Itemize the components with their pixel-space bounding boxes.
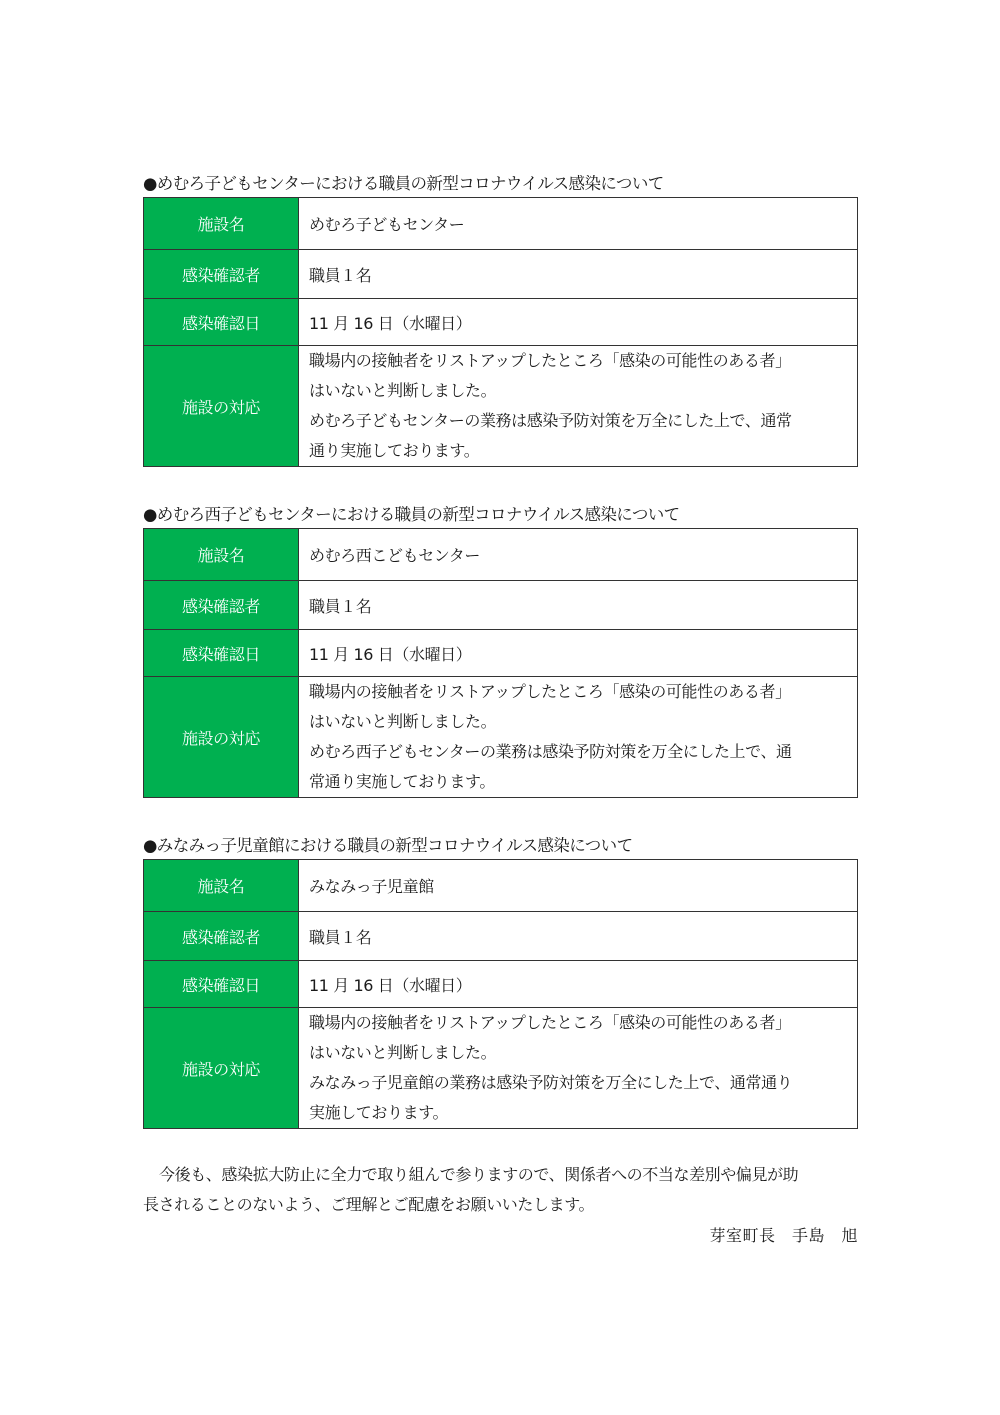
facility-name-value: みなみっ子児童館 xyxy=(299,860,858,912)
confirmed-date-label: 感染確認日 xyxy=(144,961,299,1008)
confirmed-person-label: 感染確認者 xyxy=(144,581,299,630)
closing-line: 長されることのないよう、ご理解とご配慮をお願いいたします。 xyxy=(143,1190,858,1220)
table-row: 感染確認日 11 月 16 日（水曜日） xyxy=(144,630,858,677)
response-line: めむろ子どもセンターの業務は感染予防対策を万全にした上で、通常 xyxy=(309,406,851,436)
table-row: 感染確認日 11 月 16 日（水曜日） xyxy=(144,961,858,1008)
response-line: 常通り実施しております。 xyxy=(309,767,851,797)
response-line: はいないと判断しました。 xyxy=(309,1038,851,1068)
facility-response-label: 施設の対応 xyxy=(144,346,299,467)
response-line: 職場内の接触者をリストアップしたところ「感染の可能性のある者」 xyxy=(309,677,851,707)
section-1-title: ●めむろ子どもセンターにおける職員の新型コロナウイルス感染について xyxy=(143,170,664,194)
facility-name-label: 施設名 xyxy=(144,860,299,912)
table-row: 感染確認日 11 月 16 日（水曜日） xyxy=(144,299,858,346)
confirmed-date-value: 11 月 16 日（水曜日） xyxy=(299,961,858,1008)
confirmed-date-value: 11 月 16 日（水曜日） xyxy=(299,299,858,346)
confirmed-person-label: 感染確認者 xyxy=(144,912,299,961)
table-row: 感染確認者 職員１名 xyxy=(144,912,858,961)
response-line: 実施しております。 xyxy=(309,1098,851,1128)
response-line: 職場内の接触者をリストアップしたところ「感染の可能性のある者」 xyxy=(309,346,851,376)
table-row: 施設の対応 職場内の接触者をリストアップしたところ「感染の可能性のある者」 はい… xyxy=(144,677,858,798)
section-2-title: ●めむろ西子どもセンターにおける職員の新型コロナウイルス感染について xyxy=(143,501,680,525)
table-row: 施設の対応 職場内の接触者をリストアップしたところ「感染の可能性のある者」 はい… xyxy=(144,346,858,467)
table-row: 施設名 めむろ子どもセンター xyxy=(144,198,858,250)
confirmed-person-value: 職員１名 xyxy=(299,581,858,630)
confirmed-date-label: 感染確認日 xyxy=(144,299,299,346)
facility-name-value: めむろ西こどもセンター xyxy=(299,529,858,581)
response-line: はいないと判断しました。 xyxy=(309,707,851,737)
closing-paragraph: 今後も、感染拡大防止に全力で取り組んで参りますので、関係者への不当な差別や偏見が… xyxy=(143,1160,858,1220)
section-1-table: 施設名 めむろ子どもセンター 感染確認者 職員１名 感染確認日 11 月 16 … xyxy=(143,197,858,467)
facility-response-value: 職場内の接触者をリストアップしたところ「感染の可能性のある者」 はいないと判断し… xyxy=(299,346,858,467)
table-row: 施設の対応 職場内の接触者をリストアップしたところ「感染の可能性のある者」 はい… xyxy=(144,1008,858,1129)
response-line: めむろ西子どもセンターの業務は感染予防対策を万全にした上で、通 xyxy=(309,737,851,767)
response-line: 通り実施しております。 xyxy=(309,436,851,466)
table-row: 施設名 めむろ西こどもセンター xyxy=(144,529,858,581)
table-row: 感染確認者 職員１名 xyxy=(144,250,858,299)
facility-response-label: 施設の対応 xyxy=(144,677,299,798)
facility-name-label: 施設名 xyxy=(144,198,299,250)
facility-response-value: 職場内の接触者をリストアップしたところ「感染の可能性のある者」 はいないと判断し… xyxy=(299,1008,858,1129)
confirmed-date-value: 11 月 16 日（水曜日） xyxy=(299,630,858,677)
section-2-table: 施設名 めむろ西こどもセンター 感染確認者 職員１名 感染確認日 11 月 16… xyxy=(143,528,858,798)
signature: 芽室町長 手島 旭 xyxy=(709,1223,858,1246)
facility-response-label: 施設の対応 xyxy=(144,1008,299,1129)
facility-name-label: 施設名 xyxy=(144,529,299,581)
confirmed-person-value: 職員１名 xyxy=(299,912,858,961)
confirmed-person-label: 感染確認者 xyxy=(144,250,299,299)
confirmed-date-label: 感染確認日 xyxy=(144,630,299,677)
confirmed-person-value: 職員１名 xyxy=(299,250,858,299)
response-line: 職場内の接触者をリストアップしたところ「感染の可能性のある者」 xyxy=(309,1008,851,1038)
closing-line: 今後も、感染拡大防止に全力で取り組んで参りますので、関係者への不当な差別や偏見が… xyxy=(143,1160,858,1190)
section-3-table: 施設名 みなみっ子児童館 感染確認者 職員１名 感染確認日 11 月 16 日（… xyxy=(143,859,858,1129)
table-row: 施設名 みなみっ子児童館 xyxy=(144,860,858,912)
section-3-title: ●みなみっ子児童館における職員の新型コロナウイルス感染について xyxy=(143,832,632,856)
facility-response-value: 職場内の接触者をリストアップしたところ「感染の可能性のある者」 はいないと判断し… xyxy=(299,677,858,798)
response-line: はいないと判断しました。 xyxy=(309,376,851,406)
response-line: みなみっ子児童館の業務は感染予防対策を万全にした上で、通常通り xyxy=(309,1068,851,1098)
facility-name-value: めむろ子どもセンター xyxy=(299,198,858,250)
table-row: 感染確認者 職員１名 xyxy=(144,581,858,630)
